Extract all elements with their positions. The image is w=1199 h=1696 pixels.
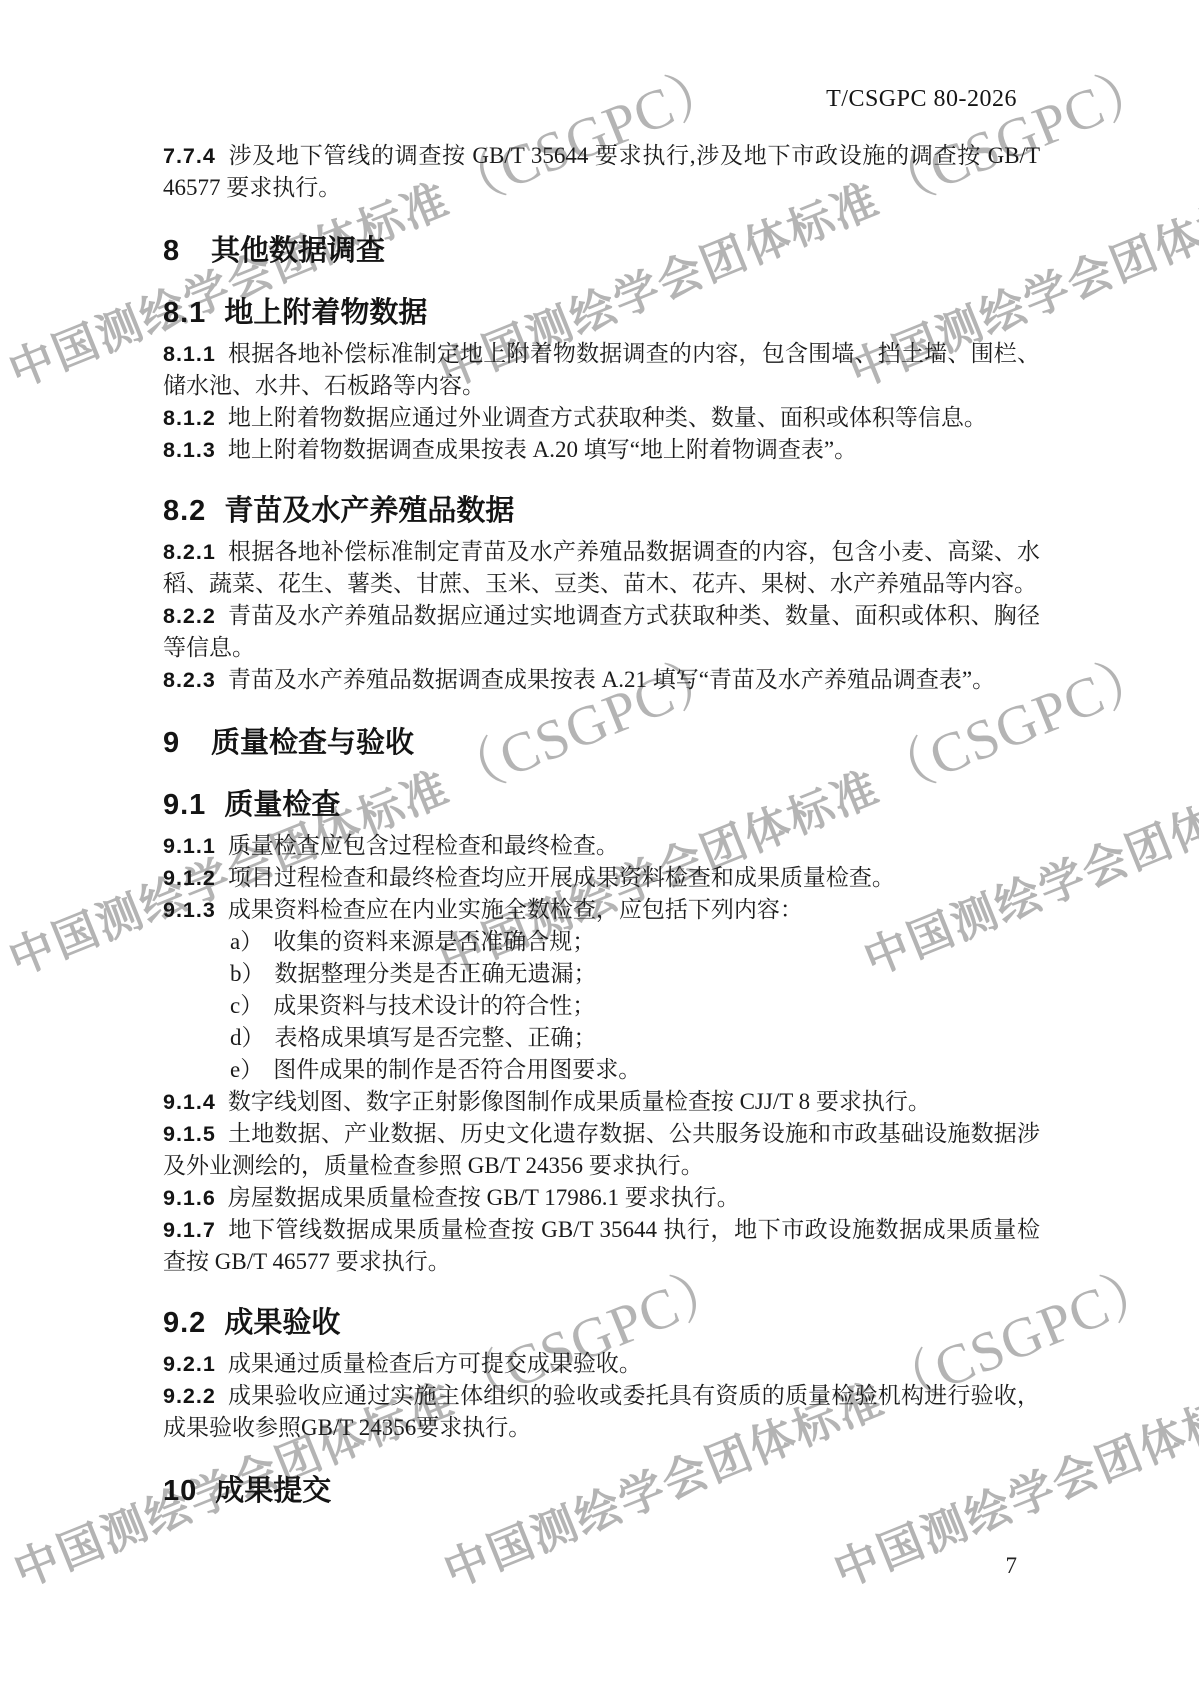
clause-text: 涉及地下管线的调查按 GB/T 35644 要求执行,涉及地下市政设施的调查按 … — [163, 143, 1040, 200]
list-item: b）数据整理分类是否正确无遗漏； — [163, 958, 1040, 990]
clause-number: 9.2.2 — [163, 1384, 216, 1408]
clause-text: 数字线划图、数字正射影像图制作成果质量检查按 CJJ/T 8 要求执行。 — [228, 1089, 931, 1114]
clause-text: 地下管线数据成果质量检查按 GB/T 35644 执行，地下市政设施数据成果质量… — [163, 1217, 1040, 1274]
section-heading: 9.1质量检查 — [163, 788, 1040, 822]
chapter-heading: 8其他数据调查 — [163, 234, 1040, 268]
clause-paragraph: 9.1.3成果资料检查应在内业实施全数检查，应包括下列内容： — [163, 894, 1040, 926]
clause-paragraph: 9.1.5土地数据、产业数据、历史文化遗存数据、公共服务设施和市政基础设施数据涉… — [163, 1118, 1040, 1182]
section-heading: 9.2成果验收 — [163, 1306, 1040, 1340]
clause-text: 成果验收 — [224, 1307, 340, 1339]
clause-number: 9.1.6 — [163, 1186, 216, 1210]
clause-text: 收集的资料来源是否准确合规； — [273, 929, 595, 954]
clause-number: 10 — [163, 1474, 197, 1508]
clause-number: 9.1.5 — [163, 1122, 216, 1146]
clause-text: 地上附着物数据 — [224, 297, 427, 329]
clause-text: 质量检查 — [224, 789, 340, 821]
clause-number: d） — [230, 1025, 265, 1050]
clause-paragraph: 7.7.4涉及地下管线的调查按 GB/T 35644 要求执行,涉及地下市政设施… — [163, 140, 1040, 204]
list-item: e）图件成果的制作是否符合用图要求。 — [163, 1054, 1040, 1086]
clause-number: c） — [230, 993, 263, 1018]
clause-text: 项目过程检查和最终检查均应开展成果资料检查和成果质量检查。 — [228, 865, 895, 890]
clause-paragraph: 9.1.7地下管线数据成果质量检查按 GB/T 35644 执行，地下市政设施数… — [163, 1214, 1040, 1278]
clause-paragraph: 9.1.1质量检查应包含过程检查和最终检查。 — [163, 830, 1040, 862]
clause-number: 8.2.2 — [163, 604, 216, 628]
clause-text: 成果资料检查应在内业实施全数检查，应包括下列内容： — [228, 897, 803, 922]
clause-number: 9.1.4 — [163, 1090, 216, 1114]
clause-text: 成果资料与技术设计的符合性； — [273, 993, 595, 1018]
clause-number: 9.1 — [163, 788, 206, 822]
clause-number: 8.2.1 — [163, 540, 216, 564]
clause-number: 8.1.2 — [163, 406, 216, 430]
clause-text: 成果提交 — [215, 1475, 331, 1507]
clause-paragraph: 9.1.4数字线划图、数字正射影像图制作成果质量检查按 CJJ/T 8 要求执行… — [163, 1086, 1040, 1118]
clause-paragraph: 8.1.1根据各地补偿标准制定地上附着物数据调查的内容，包含围墙、挡土墙、围栏、… — [163, 338, 1040, 402]
document-page: 中国测绘学会团体标准 （CSGPC） 中国测绘学会团体标准 （CSGPC） 中国… — [0, 0, 1199, 1696]
clause-number: 7.7.4 — [163, 144, 216, 168]
clause-text: 根据各地补偿标准制定青苗及水产养殖品数据调查的内容，包含小麦、高粱、水稻、蔬菜、… — [163, 539, 1040, 596]
clause-text: 土地数据、产业数据、历史文化遗存数据、公共服务设施和市政基础设施数据涉及外业测绘… — [163, 1121, 1040, 1178]
clause-text: 质量检查与验收 — [211, 727, 414, 759]
chapter-heading: 10成果提交 — [163, 1474, 1040, 1508]
clause-text: 成果验收应通过实施主体组织的验收或委托具有资质的质量检验机构进行验收，成果验收参… — [163, 1383, 1040, 1440]
clause-number: 9.2.1 — [163, 1352, 216, 1376]
clause-text: 成果通过质量检查后方可提交成果验收。 — [228, 1351, 642, 1376]
clause-paragraph: 8.1.2地上附着物数据应通过外业调查方式获取种类、数量、面积或体积等信息。 — [163, 402, 1040, 434]
clause-text: 青苗及水产养殖品数据调查成果按表 A.21 填写“青苗及水产养殖品调查表”。 — [228, 667, 995, 692]
list-item: c）成果资料与技术设计的符合性； — [163, 990, 1040, 1022]
clause-text: 青苗及水产养殖品数据 — [224, 495, 514, 527]
clause-number: a） — [230, 929, 263, 954]
clause-number: 8 — [163, 234, 193, 268]
clause-text: 表格成果填写是否完整、正确； — [275, 1025, 597, 1050]
chapter-heading: 9质量检查与验收 — [163, 726, 1040, 760]
clause-text: 数据整理分类是否正确无遗漏； — [275, 961, 597, 986]
section-heading: 8.1地上附着物数据 — [163, 296, 1040, 330]
clause-text: 图件成果的制作是否符合用图要求。 — [273, 1057, 641, 1082]
content: 7.7.4涉及地下管线的调查按 GB/T 35644 要求执行,涉及地下市政设施… — [163, 140, 1040, 1508]
clause-text: 房屋数据成果质量检查按 GB/T 17986.1 要求执行。 — [228, 1185, 740, 1210]
clause-paragraph: 8.2.2青苗及水产养殖品数据应通过实地调查方式获取种类、数量、面积或体积、胸径… — [163, 600, 1040, 664]
clause-text: 其他数据调查 — [211, 235, 385, 267]
clause-paragraph: 9.1.2项目过程检查和最终检查均应开展成果资料检查和成果质量检查。 — [163, 862, 1040, 894]
clause-text: 青苗及水产养殖品数据应通过实地调查方式获取种类、数量、面积或体积、胸径等信息。 — [163, 603, 1040, 660]
clause-paragraph: 8.2.3青苗及水产养殖品数据调查成果按表 A.21 填写“青苗及水产养殖品调查… — [163, 664, 1040, 696]
clause-number: 8.1 — [163, 296, 206, 330]
clause-number: 8.2 — [163, 494, 206, 528]
clause-paragraph: 8.1.3地上附着物数据调查成果按表 A.20 填写“地上附着物调查表”。 — [163, 434, 1040, 466]
clause-number: 9.1.3 — [163, 898, 216, 922]
clause-number: b） — [230, 961, 265, 986]
clause-number: 8.2.3 — [163, 668, 216, 692]
section-heading: 8.2青苗及水产养殖品数据 — [163, 494, 1040, 528]
clause-number: 9.1.2 — [163, 866, 216, 890]
doc-number-header: T/CSGPC 80-2026 — [826, 86, 1017, 113]
clause-number: 9 — [163, 726, 193, 760]
clause-number: 8.1.1 — [163, 342, 216, 366]
clause-text: 质量检查应包含过程检查和最终检查。 — [228, 833, 619, 858]
clause-paragraph: 9.1.6房屋数据成果质量检查按 GB/T 17986.1 要求执行。 — [163, 1182, 1040, 1214]
clause-text: 地上附着物数据调查成果按表 A.20 填写“地上附着物调查表”。 — [228, 437, 857, 462]
list-item: d）表格成果填写是否完整、正确； — [163, 1022, 1040, 1054]
clause-number: 9.2 — [163, 1306, 206, 1340]
page-number: 7 — [1006, 1553, 1018, 1579]
clause-text: 根据各地补偿标准制定地上附着物数据调查的内容，包含围墙、挡土墙、围栏、储水池、水… — [163, 341, 1040, 398]
clause-paragraph: 9.2.2成果验收应通过实施主体组织的验收或委托具有资质的质量检验机构进行验收，… — [163, 1380, 1040, 1444]
clause-number: 9.1.1 — [163, 834, 216, 858]
list-item: a）收集的资料来源是否准确合规； — [163, 926, 1040, 958]
clause-paragraph: 9.2.1成果通过质量检查后方可提交成果验收。 — [163, 1348, 1040, 1380]
clause-number: e） — [230, 1057, 263, 1082]
clause-number: 9.1.7 — [163, 1218, 216, 1242]
clause-text: 地上附着物数据应通过外业调查方式获取种类、数量、面积或体积等信息。 — [228, 405, 987, 430]
clause-number: 8.1.3 — [163, 438, 216, 462]
clause-paragraph: 8.2.1根据各地补偿标准制定青苗及水产养殖品数据调查的内容，包含小麦、高粱、水… — [163, 536, 1040, 600]
